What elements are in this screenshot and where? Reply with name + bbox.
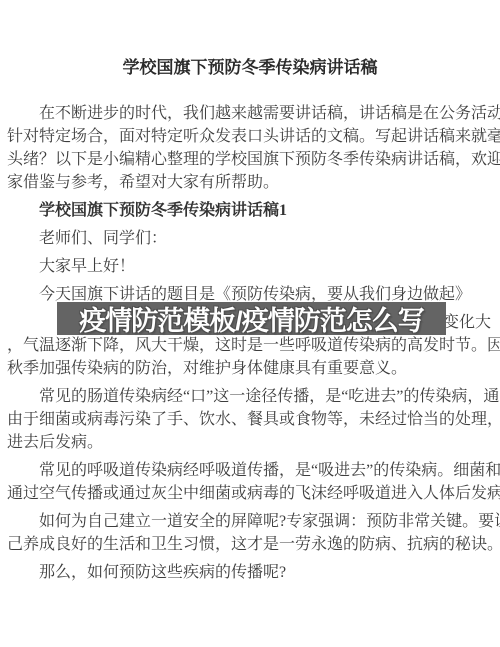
intro-line: 家借鉴与参考，希望对大家有所帮助。 — [7, 171, 493, 194]
barrier-line: 己养成良好的生活和卫生习惯，这才是一劳永逸的防病、抗病的秘诀。 — [7, 533, 493, 556]
question-paragraph: 那么，如何预防这些疾病的传播呢? — [7, 561, 493, 584]
watermark-banner: 疫情防范模板/疫情防范怎么写 — [57, 302, 446, 335]
intestinal-line: 由于细菌或病毒污染了手、饮水、餐具或食物等，未经过恰当的处理，吃 — [7, 408, 493, 431]
salutation-text: 老师们、同学们： — [7, 227, 493, 250]
greeting-paragraph: 大家早上好！ — [7, 255, 493, 278]
section-heading-text: 学校国旗下预防冬季传染病讲话稿1 — [7, 199, 493, 222]
greeting-text: 大家早上好！ — [7, 255, 493, 278]
salutation-paragraph: 老师们、同学们： — [7, 227, 493, 250]
intro-paragraph: 在不断进步的时代，我们越来越需要讲话稿，讲话稿是在公务活动中 针对特定场合，面对… — [7, 102, 493, 194]
respiratory-paragraph: 常见的呼吸道传染病经呼吸道传播，是“吸进去”的传染病。细菌和病毒 通过空气传播或… — [7, 459, 493, 505]
watermark-text: 疫情防范模板/疫情防范怎么写 — [79, 299, 424, 338]
respiratory-line: 常见的呼吸道传染病经呼吸道传播，是“吸进去”的传染病。细菌和病毒 — [7, 459, 493, 482]
section-heading: 学校国旗下预防冬季传染病讲话稿1 — [7, 199, 493, 222]
intro-line: 针对特定场合，面对特定听众发表口头讲话的文稿。写起讲话稿来就毫无 — [7, 125, 493, 148]
document-page: 学校国旗下预防冬季传染病讲话稿 在不断进步的时代，我们越来越需要讲话稿，讲话稿是… — [0, 0, 500, 647]
intestinal-line: 进去后发病。 — [7, 431, 493, 454]
respiratory-line: 通过空气传播或通过灰尘中细菌或病毒的飞沫经呼吸道进入人体后发病。 — [7, 482, 493, 505]
intro-line: 头绪？以下是小编精心整理的学校国旗下预防冬季传染病讲话稿，欢迎大 — [7, 148, 493, 171]
barrier-line: 如何为自己建立一道安全的屏障呢?专家强调：预防非常关键。要让自 — [7, 510, 493, 533]
season-line: 秋季加强传染病的防治，对维护身体健康具有重要意义。 — [7, 357, 493, 380]
barrier-paragraph: 如何为自己建立一道安全的屏障呢?专家强调：预防非常关键。要让自 己养成良好的生活… — [7, 510, 493, 556]
intestinal-paragraph: 常见的肠道传染病经“口”这一途径传播，是“吃进去”的传染病，通常是 由于细菌或病… — [7, 385, 493, 454]
page-title: 学校国旗下预防冬季传染病讲话稿 — [7, 0, 493, 79]
intro-line: 在不断进步的时代，我们越来越需要讲话稿，讲话稿是在公务活动中 — [7, 102, 493, 125]
question-text: 那么，如何预防这些疾病的传播呢? — [7, 561, 493, 584]
document-body: 学校国旗下预防冬季传染病讲话稿 在不断进步的时代，我们越来越需要讲话稿，讲话稿是… — [7, 0, 493, 589]
intestinal-line: 常见的肠道传染病经“口”这一途径传播，是“吃进去”的传染病，通常是 — [7, 385, 493, 408]
